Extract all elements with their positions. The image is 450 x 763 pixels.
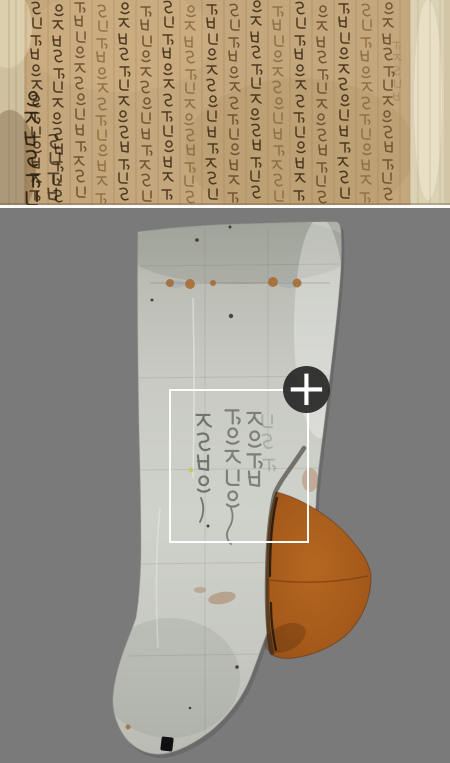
zoom-in-button[interactable]: + xyxy=(283,366,330,413)
article-image-viewer: + xyxy=(0,0,450,763)
sock-artifact-photo: + xyxy=(0,208,450,763)
plus-icon: + xyxy=(286,363,328,413)
manuscript-calligraphy xyxy=(0,0,450,205)
manuscript-photo xyxy=(0,0,450,205)
